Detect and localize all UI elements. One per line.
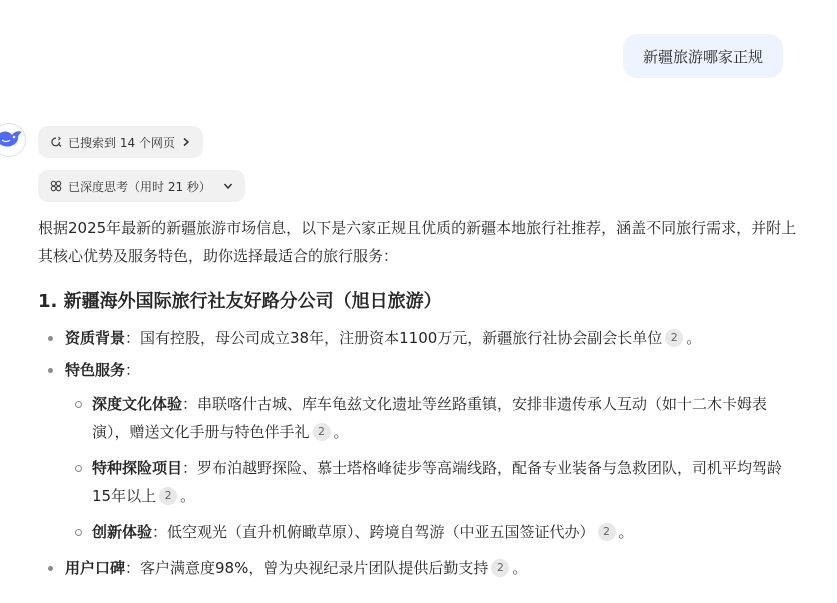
list-item: 特色服务： 深度文化体验：串联喀什古城、库车龟兹文化遗址等丝路重镇，安排非遗传承… — [38, 356, 798, 546]
search-refresh-icon — [50, 136, 62, 148]
chevron-right-icon — [181, 137, 191, 147]
sub-item-label: 深度文化体验 — [92, 395, 182, 413]
sub-list-item: 创新体验：低空观光（直升机俯瞰草原）、跨境自驾游（中亚五国签证代办）2。 — [65, 518, 798, 546]
user-message-bubble: 新疆旅游哪家正规 — [623, 34, 783, 78]
item-text: ：客户满意度98%，曾为央视纪录片团队提供后勤支持 — [125, 559, 488, 577]
item-label: 特色服务 — [65, 361, 125, 379]
sub-item-label: 创新体验 — [92, 523, 152, 541]
item-text: ：国有控股，母公司成立38年，注册资本1100万元，新疆旅行社协会副会长单位 — [125, 329, 662, 347]
sub-list-item: 特种探险项目：罗布泊越野探险、慕士塔格峰徒步等高端线路，配备专业装备与急救团队，… — [65, 454, 798, 510]
item-end: 。 — [180, 487, 195, 505]
search-chip-label: 已搜索到 14 个网页 — [68, 134, 175, 151]
sub-item-text: ：串联喀什古城、库车龟兹文化遗址等丝路重镇，安排非遗传承人互动（如十二木卡姆表演… — [92, 395, 767, 441]
item-label: 资质背景 — [65, 329, 125, 347]
details-list: 资质背景：国有控股，母公司成立38年，注册资本1100万元，新疆旅行社协会副会长… — [38, 324, 798, 582]
item-end: 。 — [686, 329, 701, 347]
citation-badge[interactable]: 2 — [598, 523, 616, 541]
item-end: 。 — [619, 523, 634, 541]
citation-badge[interactable]: 2 — [491, 559, 509, 577]
section-heading: 1. 新疆海外国际旅行社友好路分公司（旭日旅游） — [38, 288, 798, 316]
item-end: 。 — [334, 423, 349, 441]
chevron-down-icon — [223, 181, 233, 191]
citation-badge[interactable]: 2 — [665, 329, 683, 347]
user-message-text: 新疆旅游哪家正规 — [643, 46, 763, 67]
list-item: 资质背景：国有控股，母公司成立38年，注册资本1100万元，新疆旅行社协会副会长… — [38, 324, 798, 352]
sub-item-text: ：低空观光（直升机俯瞰草原）、跨境自驾游（中亚五国签证代办） — [152, 523, 595, 541]
search-results-chip[interactable]: 已搜索到 14 个网页 — [38, 126, 203, 158]
sub-item-text: ：罗布泊越野探险、慕士塔格峰徒步等高端线路，配备专业装备与急救团队，司机平均驾龄… — [92, 459, 782, 505]
sub-list: 深度文化体验：串联喀什古城、库车龟兹文化遗址等丝路重镇，安排非遗传承人互动（如十… — [65, 390, 798, 546]
sub-item-label: 特种探险项目 — [92, 459, 182, 477]
intro-paragraph: 根据2025年最新的新疆旅游市场信息，以下是六家正规且优质的新疆本地旅行社推荐，… — [38, 214, 798, 270]
list-item: 用户口碑：客户满意度98%，曾为央视纪录片团队提供后勤支持2。 — [38, 554, 798, 582]
deep-think-chip[interactable]: 已深度思考（用时 21 秒） — [38, 170, 245, 202]
sub-list-item: 深度文化体验：串联喀什古城、库车龟兹文化遗址等丝路重镇，安排非遗传承人互动（如十… — [65, 390, 798, 446]
whale-logo-icon — [0, 126, 24, 154]
citation-badge[interactable]: 2 — [313, 423, 331, 441]
citation-badge[interactable]: 2 — [159, 487, 177, 505]
think-chip-label: 已深度思考（用时 21 秒） — [68, 178, 211, 195]
assistant-response: 根据2025年最新的新疆旅游市场信息，以下是六家正规且优质的新疆本地旅行社推荐，… — [38, 214, 798, 586]
item-end: 。 — [512, 559, 527, 577]
item-label: 用户口碑 — [65, 559, 125, 577]
item-text: ： — [125, 361, 140, 379]
deep-think-icon — [50, 180, 62, 192]
assistant-avatar — [0, 123, 26, 157]
